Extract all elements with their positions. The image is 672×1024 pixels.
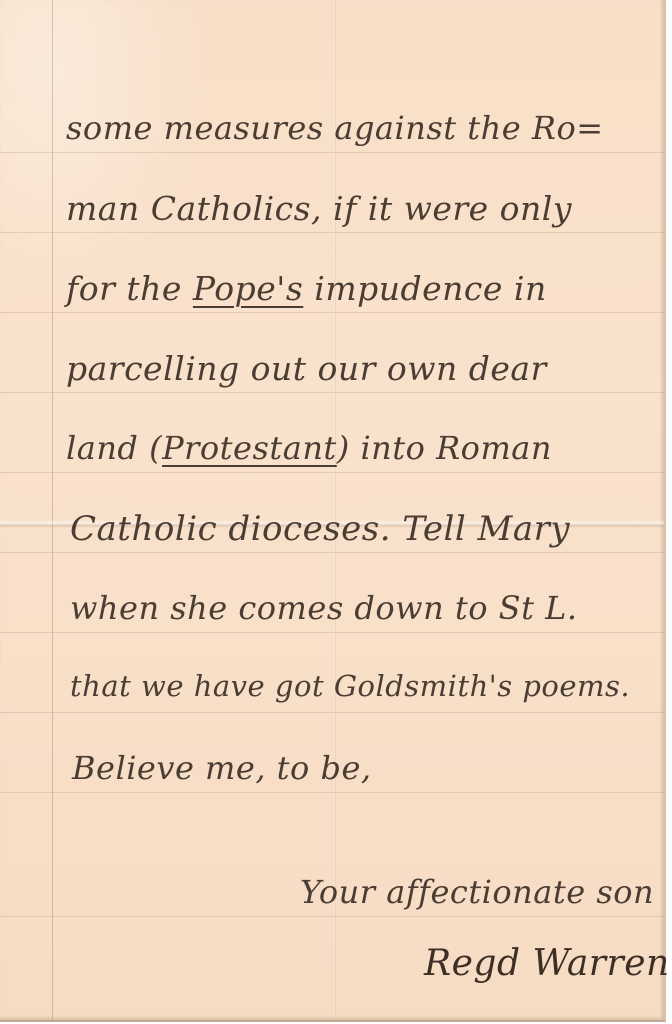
ruled-line bbox=[0, 232, 664, 233]
letter-line-6: Catholic dioceses. Tell Mary bbox=[70, 512, 570, 546]
letter-line-8: that we have got Goldsmith's poems. bbox=[70, 672, 630, 701]
ruled-line bbox=[0, 312, 664, 313]
ruled-line bbox=[0, 916, 664, 917]
ruled-line bbox=[0, 632, 664, 633]
closing-salutation: Your affectionate son bbox=[300, 876, 654, 908]
margin-line bbox=[52, 0, 53, 1020]
letter-line-1: some measures against the Ro= bbox=[66, 112, 604, 144]
ruled-line bbox=[0, 552, 664, 553]
signature: Regd Warren bbox=[424, 946, 670, 982]
letter-line-4: parcelling out our own dear bbox=[66, 352, 547, 385]
line-3-start: for the bbox=[66, 269, 193, 308]
line-3-end: impudence in bbox=[303, 269, 546, 308]
letter-line-9: Believe me, to be, bbox=[72, 752, 372, 784]
letter-line-2: man Catholics, if it were only bbox=[66, 192, 572, 225]
underlined-protestant: Protestant bbox=[162, 429, 337, 467]
underlined-popes: Pope's bbox=[193, 269, 303, 308]
letter-line-7: when she comes down to St L. bbox=[70, 592, 578, 624]
ruled-line bbox=[0, 392, 664, 393]
ruled-line bbox=[0, 472, 664, 473]
letter-line-3: for the Pope's impudence in bbox=[66, 272, 547, 305]
line-5-end: ) into Roman bbox=[337, 429, 552, 467]
line-5-start: land ( bbox=[66, 429, 162, 467]
ruled-line bbox=[0, 712, 664, 713]
ruled-line bbox=[0, 152, 664, 153]
ruled-line bbox=[0, 792, 664, 793]
letter-paper: some measures against the Ro= man Cathol… bbox=[0, 0, 666, 1022]
letter-line-5: land (Protestant) into Roman bbox=[66, 432, 552, 464]
